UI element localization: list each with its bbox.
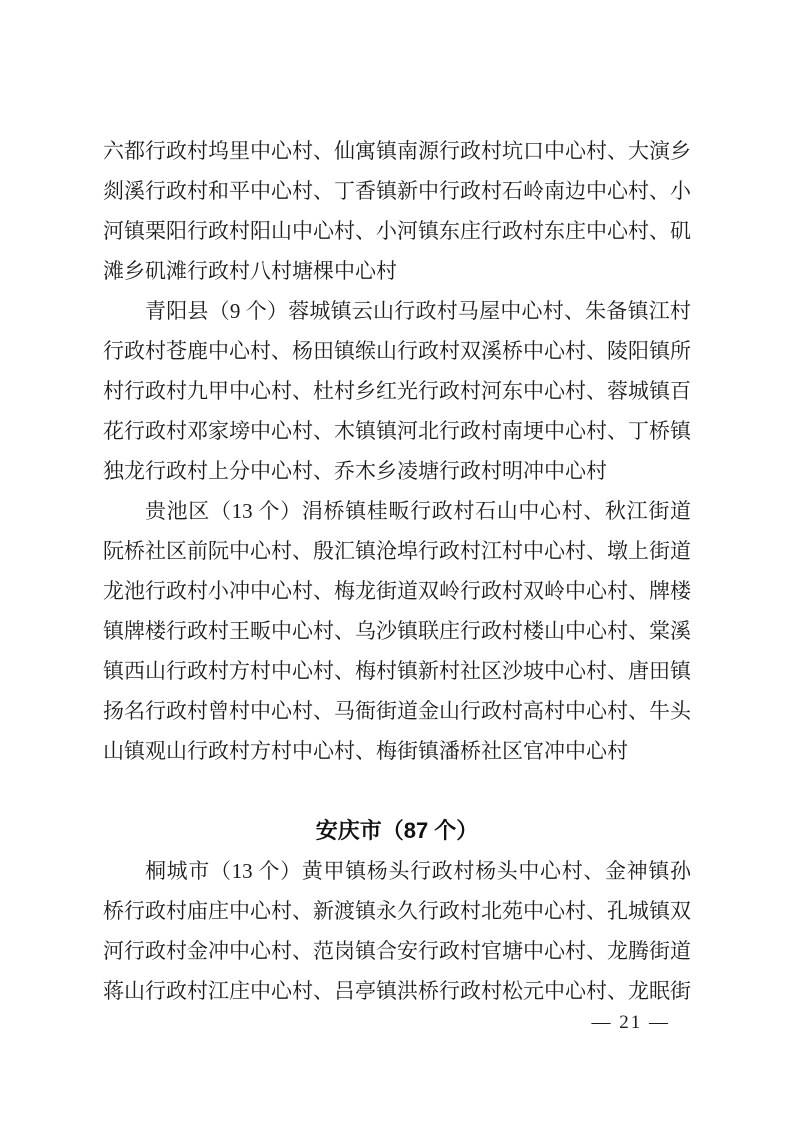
document-page: 六都行政村坞里中心村、仙寓镇南源行政村坑口中心村、大演乡剡溪行政村和平中心村、丁… — [0, 0, 794, 1122]
section-heading-anqing: 安庆市（87 个） — [103, 811, 691, 851]
page-number: — 21 — — [592, 1010, 671, 1036]
paragraph-qingyang-county: 青阳县（9 个）蓉城镇云山行政村马屋中心村、朱备镇江村行政村苍鹿中心村、杨田镇缑… — [103, 291, 691, 491]
paragraph-guichi-district: 贵池区（13 个）涓桥镇桂畈行政村石山中心村、秋江街道阮桥社区前阮中心村、殷汇镇… — [103, 491, 691, 771]
paragraph-tongcheng-city: 桐城市（13 个）黄甲镇杨头行政村杨头中心村、金神镇孙桥行政村庙庄中心村、新渡镇… — [103, 851, 691, 1011]
paragraph-continuation-shitai: 六都行政村坞里中心村、仙寓镇南源行政村坑口中心村、大演乡剡溪行政村和平中心村、丁… — [103, 131, 691, 291]
document-body: 六都行政村坞里中心村、仙寓镇南源行政村坑口中心村、大演乡剡溪行政村和平中心村、丁… — [103, 131, 691, 1011]
